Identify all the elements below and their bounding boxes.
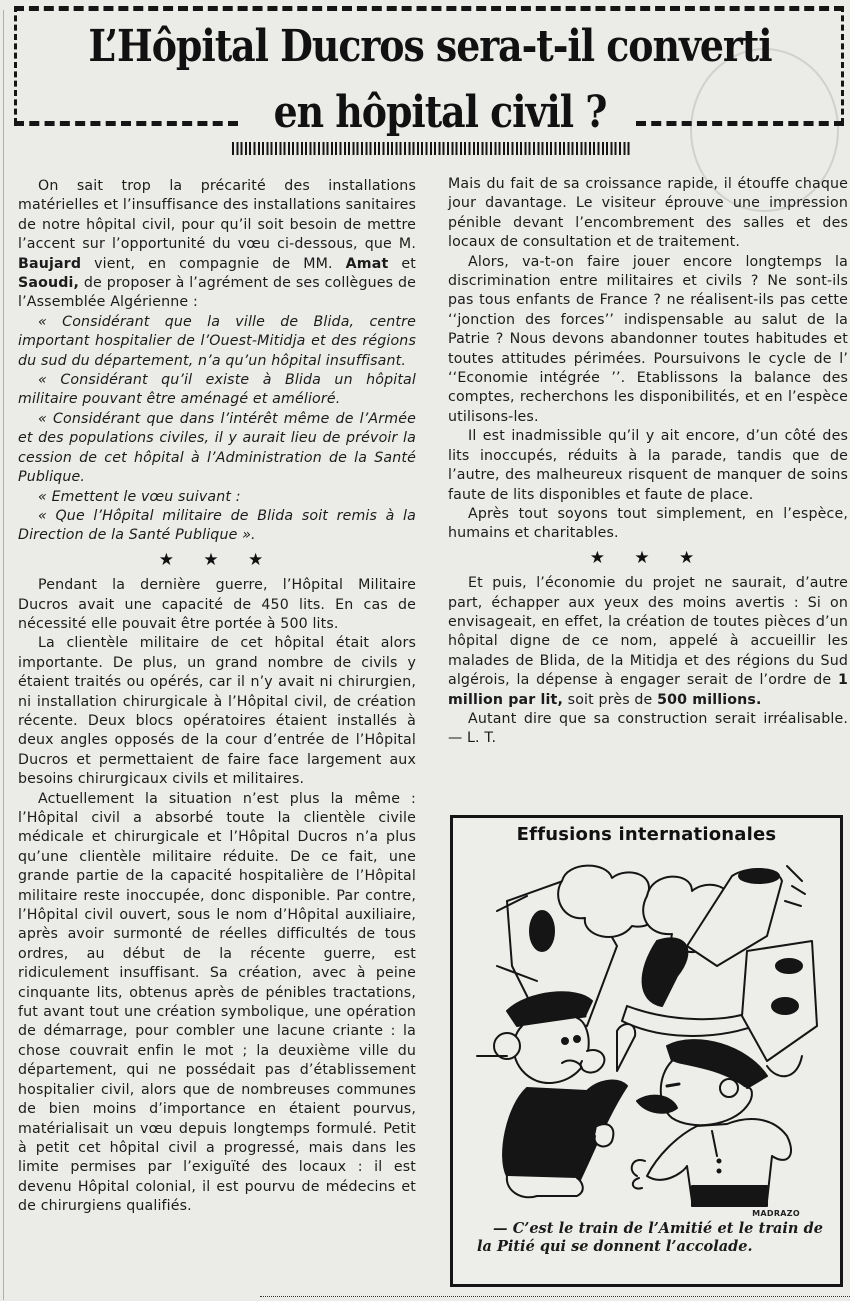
headline-line-1: L’Hôpital Ducros sera-t-il converti [77,22,782,72]
body-paragraph: Pendant la dernière guerre, l’Hôpital Mi… [18,576,416,634]
body-paragraph: Mais du fait de sa croissance rapide, il… [448,175,848,253]
closing-paragraph: Autant dire que sa construction serait i… [448,710,848,749]
name-baujard: Baujard [18,256,81,272]
body-paragraph: La clientèle militaire de cet hôpital ét… [18,634,416,789]
body-paragraph: Alors, va-t-on faire jouer encore longte… [448,253,848,428]
intro-paragraph: On sait trop la précarité des installati… [18,177,416,313]
article-left-column: On sait trop la précarité des installati… [18,177,416,1217]
cartoon-illustration [467,856,827,1211]
left-margin-rule [3,10,4,1300]
body-paragraph: Après tout soyons tout simplement, en l’… [448,505,848,544]
resolution-clause: « Considérant qu’il existe à Blida un hô… [18,371,416,410]
section-separator-stars: ★ ★ ★ [18,551,416,570]
headline-frame-bottom-left [14,121,238,126]
cartoonist-signature: MADRAZO [752,1209,800,1218]
headline-frame-bottom-right [636,121,844,126]
name-saoudi: Saoudi, [18,275,79,291]
headline-line-2: en hôpital civil ? [259,88,620,138]
body-paragraph: Et puis, l’économie du projet ne saurait… [448,574,848,710]
cartoon-box: Effusions internationales [450,815,843,1287]
resolution-clause: « Que l’Hôpital militaire de Blida soit … [18,507,416,546]
article-right-column: Mais du fait de sa croissance rapide, il… [448,175,848,749]
resolution-clause: « Considérant que dans l’intérêt même de… [18,410,416,488]
resolution-clause: « Considérant que la ville de Blida, cen… [18,313,416,371]
cartoon-caption: — C’est le train de l’Amitié et le train… [477,1220,823,1255]
total-cost: 500 millions. [657,692,761,708]
name-amat: Amat [346,256,389,272]
body-paragraph: Actuellement la situation n’est plus la … [18,790,416,1217]
resolution-clause: « Emettent le vœu suivant : [18,488,416,507]
newspaper-page: L’Hôpital Ducros sera-t-il converti en h… [0,0,850,1301]
body-paragraph: Il est inadmissible qu’il y ait encore, … [448,427,848,505]
bottom-dotted-rule [260,1296,850,1297]
section-separator-stars: ★ ★ ★ [448,549,848,568]
headline-underline-rule [232,142,632,155]
cartoon-title: Effusions internationales [453,824,840,845]
